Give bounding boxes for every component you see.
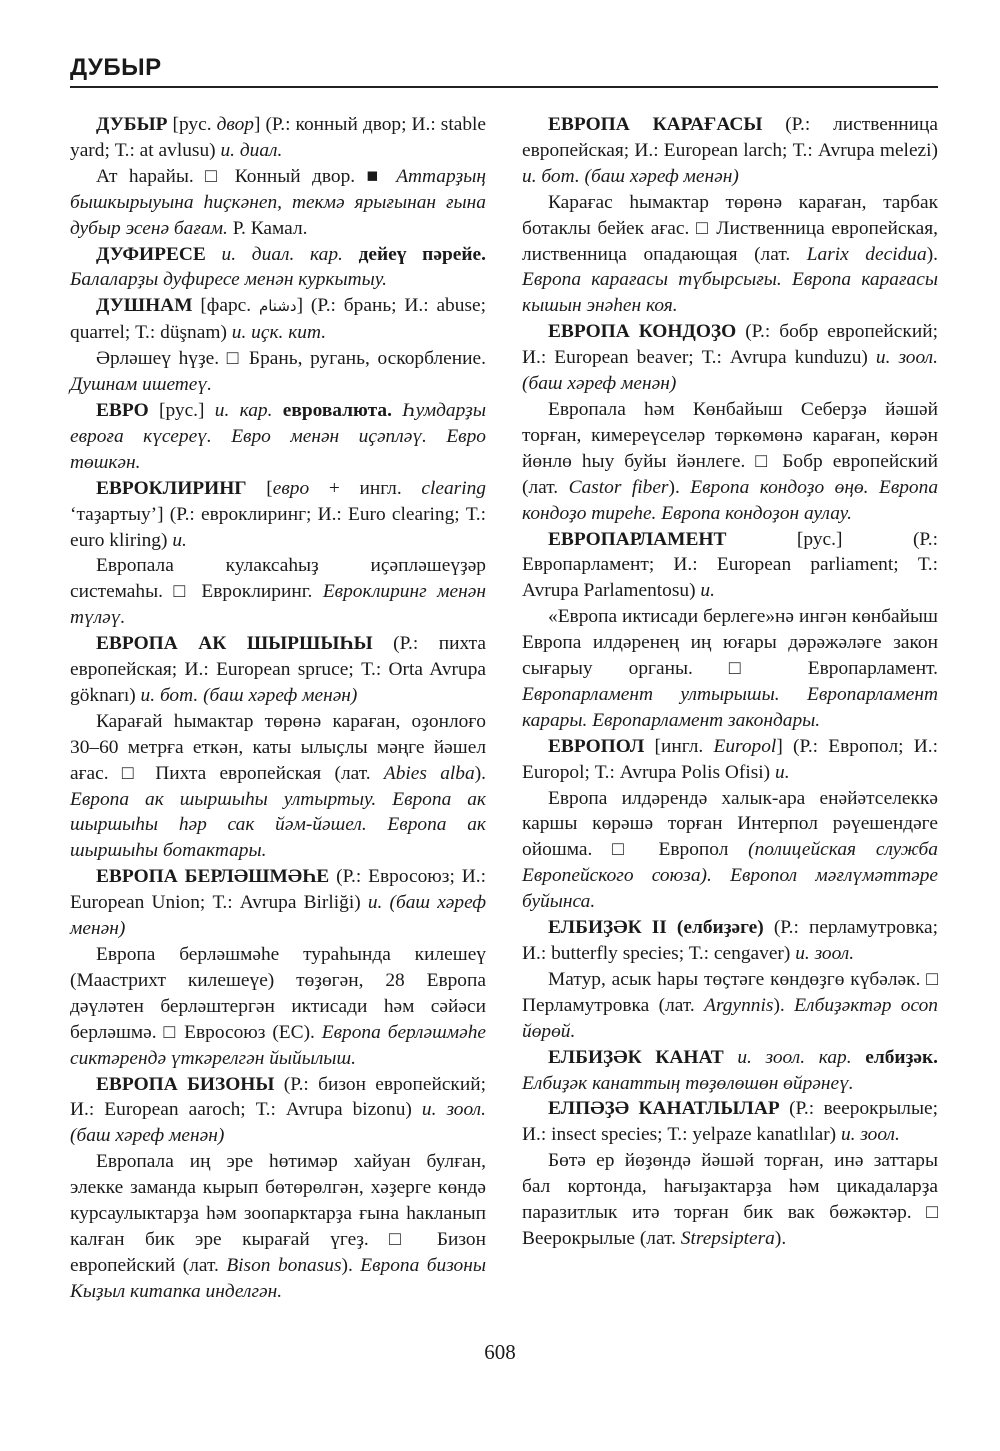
entry-evro: ЕВРО [рус.] и. кар. евровалюта. Һумдарҙы… <box>70 398 486 476</box>
definition: Ат hарайы. □ Конный двор. <box>96 166 367 187</box>
latin-name: Castor fiber <box>569 477 669 498</box>
headword: ДУФИРЕСЕ <box>96 244 206 265</box>
entry-evroparlament: ЕВРОПАРЛАМЕНТ [рус.] (Р.: Европарламент;… <box>522 527 938 734</box>
right-column: ЕВРОПА КАРАҒАСЫ (Р.: лиственница европей… <box>522 112 938 1252</box>
latin-name: Argynnis <box>704 995 773 1016</box>
headword: ЕВРОКЛИРИНГ <box>96 478 247 499</box>
headword: ЕВРОПА КОНДОҘО <box>548 321 736 342</box>
headword: ЕВРОПОЛ <box>548 736 644 757</box>
examples: Душнам ишетеү. <box>70 374 212 395</box>
entry-evropa-karagasy: ЕВРОПА КАРАҒАСЫ (Р.: лиственница европей… <box>522 112 938 319</box>
grammar-labels: и. диал. <box>220 140 282 161</box>
headword: ЕВРОПА АК ШЫРШЫҺЫ <box>96 633 373 654</box>
entry-evrokliring: ЕВРОКЛИРИНГ [евро + ингл. clearing ‘таҙа… <box>70 476 486 631</box>
cross-ref: елбиҙәк. <box>865 1047 938 1068</box>
examples: Европа ак шыршыhы ултыртыу. Европа ак шы… <box>70 789 486 862</box>
examples: Европа карағасы түбырсығы. Европа караға… <box>522 269 938 316</box>
entry-dushnam: ДУШНАМ [фарс. دشنام] (Р.: брань; И.: abu… <box>70 293 486 398</box>
entry-elbizak-kanat: ЕЛБИҘӘК КАНАТ и. зоол. кар. елбиҙәк. Елб… <box>522 1045 938 1097</box>
example-marker: ■ <box>367 166 397 187</box>
headword: ДУШНАМ <box>96 295 193 316</box>
entry-evropa-bizony: ЕВРОПА БИЗОНЫ (Р.: бизон европейский; И.… <box>70 1072 486 1305</box>
examples: Балаларҙы дуфиресе менән куркытыу. <box>70 269 387 290</box>
running-head: ДУБЫР <box>70 54 162 82</box>
arabic-etymon: دشنام <box>259 297 297 315</box>
headword: ДУБЫР <box>96 114 168 135</box>
cross-ref: дейеү пәрейе. <box>359 244 486 265</box>
entry-evropa-berlashmahe: ЕВРОПА БЕРЛӘШМӘҺЕ (Р.: Евросоюз; И.: Eur… <box>70 864 486 1071</box>
headword: ЕВРО <box>96 400 149 421</box>
headword: ЕЛПӘҘӘ КАНАТЛЫЛАР <box>548 1098 780 1119</box>
examples: Европарламент ултырышы. Европарламент ка… <box>522 684 938 731</box>
headword: ЕВРОПА КАРАҒАСЫ <box>548 114 762 135</box>
headword: ЕВРОПАРЛАМЕНТ <box>548 529 726 550</box>
entry-dufirese: ДУФИРЕСЕ и. диал. кар. дейеү пәрейе. Бал… <box>70 242 486 294</box>
cross-ref: евровалюта. <box>283 400 392 421</box>
latin-name: Bison bonasus <box>226 1255 341 1276</box>
entry-elbizak-ii: ЕЛБИҘӘК II (елбиҙәге) (Р.: перламутровка… <box>522 915 938 1045</box>
entry-elpaza-kanatlylar: ЕЛПӘҘӘ КАНАТЛЫЛАР (Р.: веерокрылые; И.: … <box>522 1096 938 1251</box>
latin-name: Abies alba <box>384 763 475 784</box>
left-column: ДУБЫР [рус. двор] (Р.: конный двор; И.: … <box>70 112 486 1305</box>
examples: Елбиҙәк канаттың төҙөлөшөн өйрәнеү. <box>522 1073 854 1094</box>
latin-name: Strepsiptera <box>681 1228 775 1249</box>
latin-name: Larix decidua <box>807 244 927 265</box>
entry-dubyr: ДУБЫР [рус. двор] (Р.: конный двор; И.: … <box>70 112 486 242</box>
headword: ЕВРОПА БИЗОНЫ <box>96 1074 274 1095</box>
entry-evropa-ak-shyrshyhy: ЕВРОПА АК ШЫРШЫҺЫ (Р.: пихта европейская… <box>70 631 486 864</box>
entry-evropa-kondozo: ЕВРОПА КОНДОҘО (Р.: бобр европейский; И.… <box>522 319 938 526</box>
page-number: 608 <box>0 1340 1000 1365</box>
header-rule <box>70 86 938 88</box>
headword: ЕЛБИҘӘК КАНАТ <box>548 1047 724 1068</box>
headword: ЕЛБИҘӘК II (елбиҙәге) <box>548 917 764 938</box>
headword: ЕВРОПА БЕРЛӘШМӘҺЕ <box>96 866 329 887</box>
entry-evropol: ЕВРОПОЛ [ингл. Europol] (Р.: Европол; И.… <box>522 734 938 915</box>
